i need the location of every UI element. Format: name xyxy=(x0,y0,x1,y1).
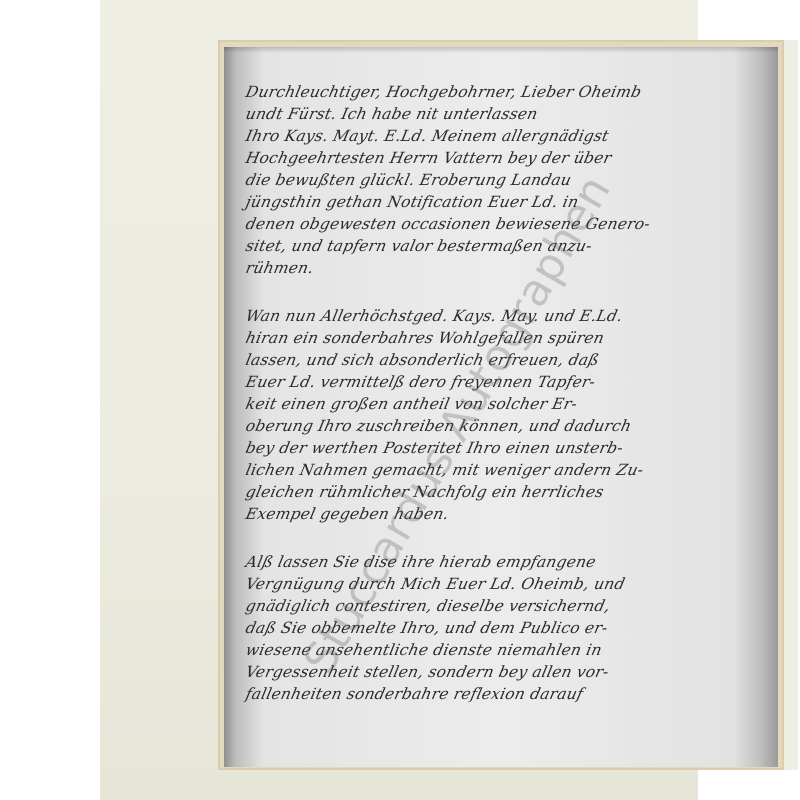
letter-line: Euer Ld. vermittelß dero freyennen Tapfe… xyxy=(244,371,778,393)
letter-line: rühmen. xyxy=(244,257,778,279)
letter-line: bey der werthen Posteritet Ihro einen un… xyxy=(244,437,778,459)
letter-paper: Durchleuchtiger, Hochgebohrner, Lieber O… xyxy=(224,47,778,767)
mat-edge xyxy=(784,40,798,770)
letter-line: Vergessenheit stellen, sondern bey allen… xyxy=(244,661,778,683)
letter-line: denen obgewesten occasionen bewiesene Ge… xyxy=(244,213,778,235)
letter-line: Vergnügung durch Mich Euer Ld. Oheimb, u… xyxy=(244,573,778,595)
letter-line: gleichen rühmlicher Nachfolg ein herrlic… xyxy=(244,481,778,503)
letter-line: wiesene ansehentliche dienste niemahlen … xyxy=(244,639,778,661)
letter-line: Exempel gegeben haben. xyxy=(244,503,778,525)
letter-line: lassen, und sich absonderlich erfreuen, … xyxy=(244,349,778,371)
letter-line: oberung Ihro zuschreiben können, und dad… xyxy=(244,415,778,437)
framed-document-photo: Durchleuchtiger, Hochgebohrner, Lieber O… xyxy=(100,0,698,800)
letter-line: die bewußten glückl. Eroberung Landau xyxy=(244,169,778,191)
letter-line: hiran ein sonderbahres Wohlgefallen spür… xyxy=(244,327,778,349)
letter-line: gnädiglich contestiren, dieselbe versich… xyxy=(244,595,778,617)
letter-line: Hochgeehrtesten Herrn Vattern bey der üb… xyxy=(244,147,778,169)
paper-shadow xyxy=(224,47,778,53)
letter-line: Wan nun Allerhöchstged. Kays. May. und E… xyxy=(244,305,778,327)
letter-line: Alß lassen Sie dise ihre hierab empfange… xyxy=(244,551,778,573)
letter-line: fallenheiten sonderbahre reflexion darau… xyxy=(244,683,778,705)
letter-line: lichen Nahmen gemacht, mit weniger ander… xyxy=(244,459,778,481)
letter-text: Durchleuchtiger, Hochgebohrner, Lieber O… xyxy=(246,81,778,705)
letter-line: Ihro Kays. Mayt. E.Ld. Meinem allergnädi… xyxy=(244,125,778,147)
letter-line: sitet, und tapfern valor bestermaßen anz… xyxy=(244,235,778,257)
letter-line: Durchleuchtiger, Hochgebohrner, Lieber O… xyxy=(244,81,778,103)
letter-line: jüngsthin gethan Notification Euer Ld. i… xyxy=(244,191,778,213)
letter-line: daß Sie obbemelte Ihro, und dem Publico … xyxy=(244,617,778,639)
letter-line: undt Fürst. Ich habe nit unterlassen xyxy=(244,103,778,125)
letter-line: keit einen großen antheil von solcher Er… xyxy=(244,393,778,415)
